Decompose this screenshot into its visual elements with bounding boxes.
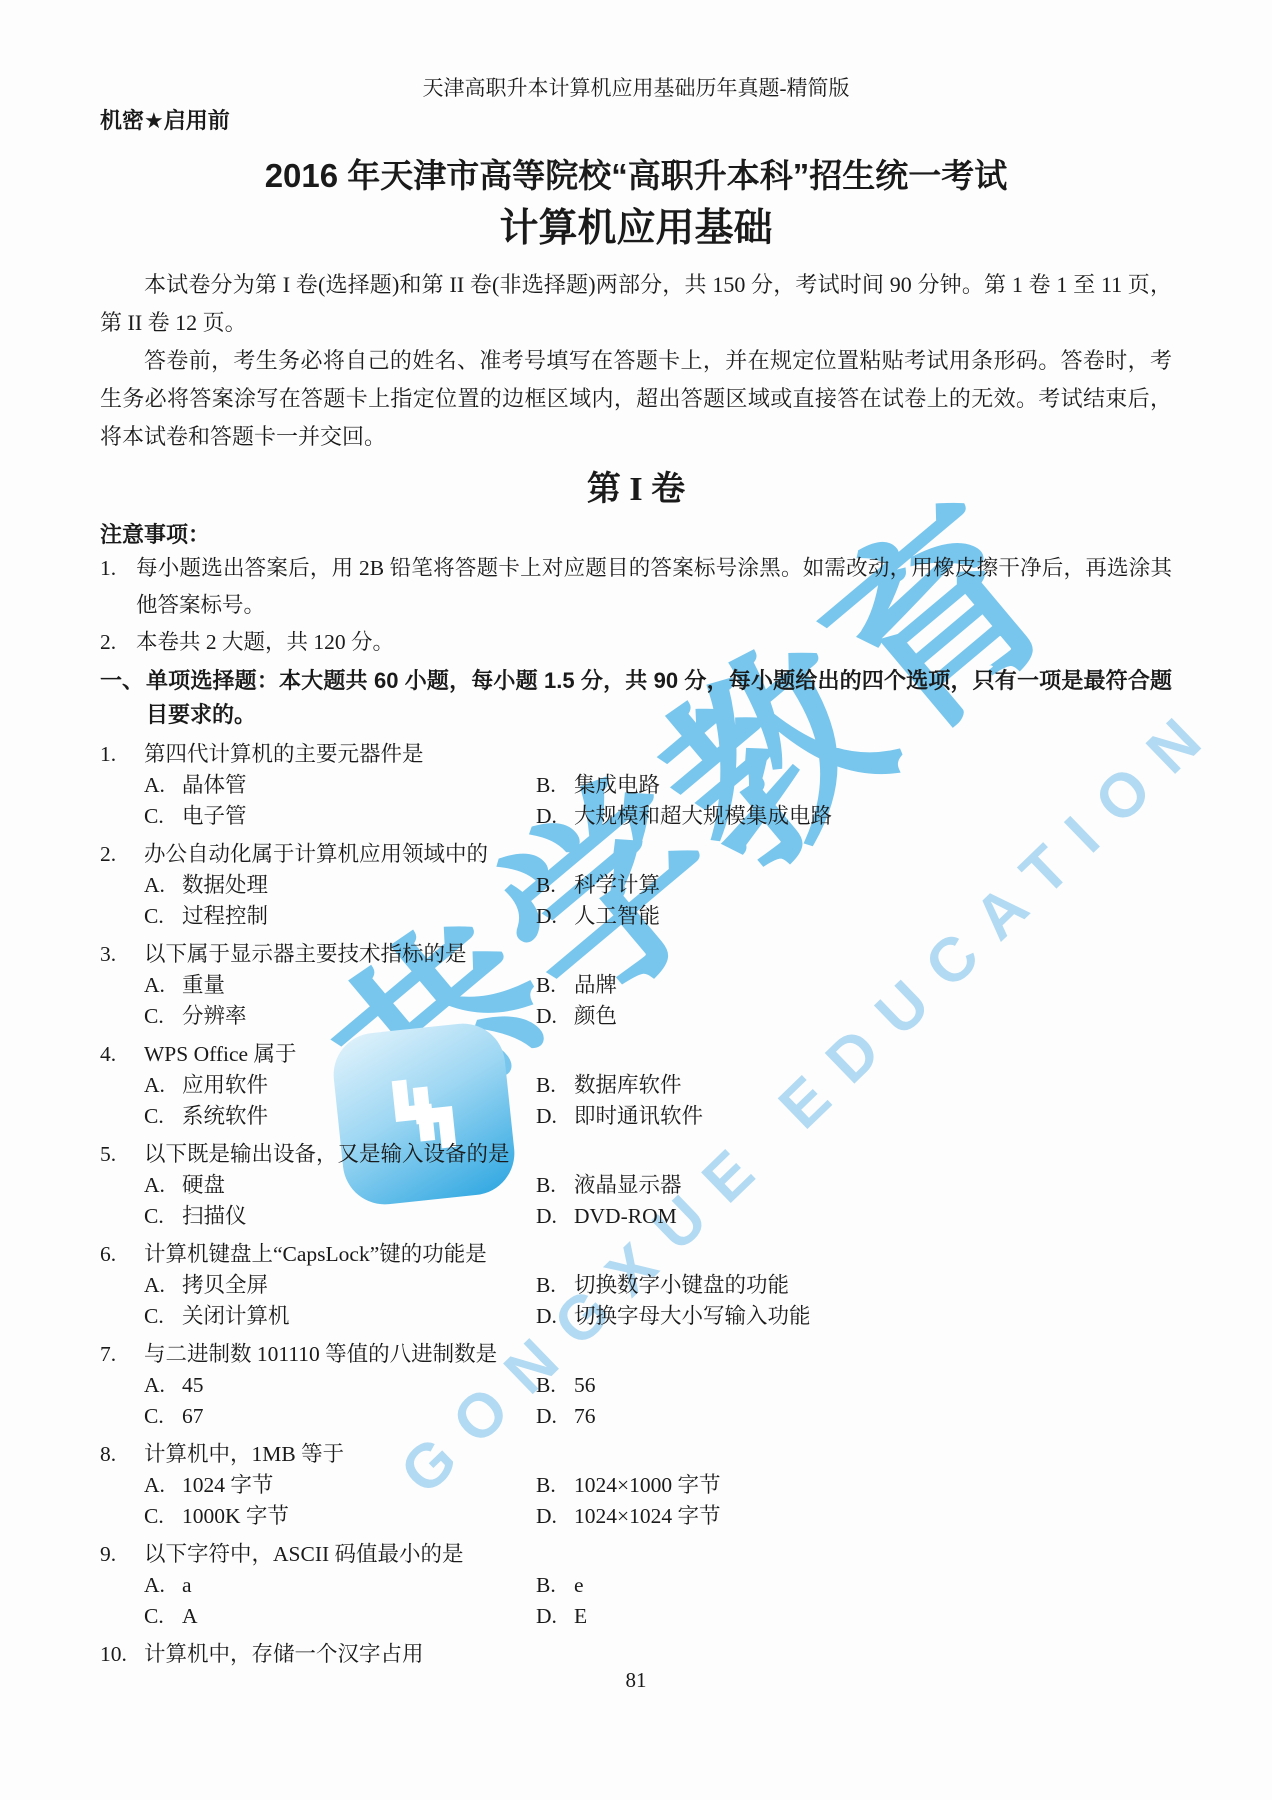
option-label: A. xyxy=(144,1570,182,1601)
option-b: B.数据库软件 xyxy=(536,1070,1172,1101)
question-text: 计算机中，存储一个汉字占用 xyxy=(144,1639,1172,1670)
option-a: A.硬盘 xyxy=(144,1170,536,1201)
question-number: 8. xyxy=(100,1439,144,1470)
page-number: 81 xyxy=(0,1668,1272,1693)
option-text: 晶体管 xyxy=(182,770,247,801)
option-text: 45 xyxy=(182,1370,204,1401)
question-text: 以下既是输出设备，又是输入设备的是 xyxy=(144,1139,1172,1170)
option-label: B. xyxy=(536,870,574,901)
question-options: A.拷贝全屏B.切换数字小键盘的功能C.关闭计算机D.切换字母大小写输入功能 xyxy=(100,1270,1172,1332)
question-text: 办公自动化属于计算机应用领域中的 xyxy=(144,839,1172,870)
question-head: 8.计算机中，1MB 等于 xyxy=(100,1439,1172,1470)
option-d: D.大规模和超大规模集成电路 xyxy=(536,801,1172,832)
exam-paper-page: { "header": { "top_title": "天津高职升本计算机应用基… xyxy=(0,0,1272,1800)
option-text: E xyxy=(574,1601,587,1632)
option-a: A.a xyxy=(144,1570,536,1601)
intro-paragraph-1: 本试卷分为第 I 卷(选择题)和第 II 卷(非选择题)两部分，共 150 分，… xyxy=(100,266,1172,342)
question-item: 4.WPS Office 属于A.应用软件B.数据库软件C.系统软件D.即时通讯… xyxy=(100,1039,1172,1132)
question-head: 1.第四代计算机的主要元器件是 xyxy=(100,739,1172,770)
option-label: D. xyxy=(536,1001,574,1032)
option-b: B.e xyxy=(536,1570,1172,1601)
document-content: 天津高职升本计算机应用基础历年真题-精简版 机密★启用前 2016 年天津市高等… xyxy=(0,0,1272,1800)
option-text: 重量 xyxy=(182,970,225,1001)
option-label: C. xyxy=(144,1101,182,1132)
question-number: 1. xyxy=(100,739,144,770)
option-b: B.56 xyxy=(536,1370,1172,1401)
option-text: 数据库软件 xyxy=(574,1070,682,1101)
notice-number: 1. xyxy=(100,550,136,624)
option-text: 1000K 字节 xyxy=(182,1501,289,1532)
question-options: A.数据处理B.科学计算C.过程控制D.人工智能 xyxy=(100,870,1172,932)
option-text: 76 xyxy=(574,1401,596,1432)
option-text: 关闭计算机 xyxy=(182,1301,290,1332)
option-c: C.电子管 xyxy=(144,801,536,832)
document-header-title: 天津高职升本计算机应用基础历年真题-精简版 xyxy=(100,76,1172,100)
part1-title: 第 I 卷 xyxy=(100,468,1172,512)
question-number: 10. xyxy=(100,1639,144,1670)
option-c: C.关闭计算机 xyxy=(144,1301,536,1332)
question-options: A.重量B.品牌C.分辨率D.颜色 xyxy=(100,970,1172,1032)
option-text: 集成电路 xyxy=(574,770,660,801)
question-head: 7.与二进制数 101110 等值的八进制数是 xyxy=(100,1339,1172,1370)
option-label: C. xyxy=(144,1501,182,1532)
intro-section: 本试卷分为第 I 卷(选择题)和第 II 卷(非选择题)两部分，共 150 分，… xyxy=(100,266,1172,456)
option-d: D.DVD-ROM xyxy=(536,1201,1172,1232)
option-text: 切换字母大小写输入功能 xyxy=(574,1301,811,1332)
option-d: D.1024×1024 字节 xyxy=(536,1501,1172,1532)
option-text: a xyxy=(182,1570,192,1601)
option-label: D. xyxy=(536,1601,574,1632)
option-text: 品牌 xyxy=(574,970,617,1001)
option-c: C.A xyxy=(144,1601,536,1632)
intro-paragraph-2: 答卷前，考生务必将自己的姓名、准考号填写在答题卡上，并在规定位置粘贴考试用条形码… xyxy=(100,342,1172,456)
notice-text: 每小题选出答案后，用 2B 铅笔将答题卡上对应题目的答案标号涂黑。如需改动，用橡… xyxy=(136,550,1172,624)
option-d: D.即时通讯软件 xyxy=(536,1101,1172,1132)
option-label: D. xyxy=(536,1201,574,1232)
question-number: 2. xyxy=(100,839,144,870)
option-text: 扫描仪 xyxy=(182,1201,247,1232)
option-label: C. xyxy=(144,1301,182,1332)
notice-item: 1. 每小题选出答案后，用 2B 铅笔将答题卡上对应题目的答案标号涂黑。如需改动… xyxy=(100,550,1172,624)
question-item: 5.以下既是输出设备，又是输入设备的是A.硬盘B.液晶显示器C.扫描仪D.DVD… xyxy=(100,1139,1172,1232)
option-label: C. xyxy=(144,1401,182,1432)
option-label: C. xyxy=(144,901,182,932)
question-head: 9.以下字符中，ASCII 码值最小的是 xyxy=(100,1539,1172,1570)
notice-number: 2. xyxy=(100,624,136,661)
section-label: 一、 xyxy=(100,664,146,732)
option-d: D.颜色 xyxy=(536,1001,1172,1032)
option-b: B.集成电路 xyxy=(536,770,1172,801)
option-c: C.1000K 字节 xyxy=(144,1501,536,1532)
exam-title: 2016 年天津市高等院校“高职升本科”招生统一考试 xyxy=(100,156,1172,196)
option-text: 应用软件 xyxy=(182,1070,268,1101)
question-options: A.aB.eC.AD.E xyxy=(100,1570,1172,1632)
question-number: 4. xyxy=(100,1039,144,1070)
option-text: 67 xyxy=(182,1401,204,1432)
option-text: 拷贝全屏 xyxy=(182,1270,268,1301)
option-a: A.晶体管 xyxy=(144,770,536,801)
option-c: C.扫描仪 xyxy=(144,1201,536,1232)
option-text: 科学计算 xyxy=(574,870,660,901)
option-label: D. xyxy=(536,901,574,932)
question-list: 1.第四代计算机的主要元器件是A.晶体管B.集成电路C.电子管D.大规模和超大规… xyxy=(100,739,1172,1670)
question-item: 10.计算机中，存储一个汉字占用 xyxy=(100,1639,1172,1670)
option-d: D.切换字母大小写输入功能 xyxy=(536,1301,1172,1332)
option-text: 液晶显示器 xyxy=(574,1170,682,1201)
option-label: C. xyxy=(144,1601,182,1632)
option-text: 1024 字节 xyxy=(182,1470,273,1501)
option-label: D. xyxy=(536,1301,574,1332)
option-a: A.拷贝全屏 xyxy=(144,1270,536,1301)
question-item: 9.以下字符中，ASCII 码值最小的是A.aB.eC.AD.E xyxy=(100,1539,1172,1632)
question-item: 7.与二进制数 101110 等值的八进制数是A.45B.56C.67D.76 xyxy=(100,1339,1172,1432)
option-label: B. xyxy=(536,1170,574,1201)
option-label: D. xyxy=(536,1401,574,1432)
question-options: A.1024 字节B.1024×1000 字节C.1000K 字节D.1024×… xyxy=(100,1470,1172,1532)
option-text: 分辨率 xyxy=(182,1001,247,1032)
question-number: 5. xyxy=(100,1139,144,1170)
question-text: 以下字符中，ASCII 码值最小的是 xyxy=(144,1539,1172,1570)
subject-title: 计算机应用基础 xyxy=(100,206,1172,252)
option-a: A.1024 字节 xyxy=(144,1470,536,1501)
question-text: 计算机中，1MB 等于 xyxy=(144,1439,1172,1470)
notice-text: 本卷共 2 大题，共 120 分。 xyxy=(136,624,1172,661)
classified-label: 机密★启用前 xyxy=(100,108,1172,134)
option-label: C. xyxy=(144,1001,182,1032)
option-c: C.分辨率 xyxy=(144,1001,536,1032)
question-number: 9. xyxy=(100,1539,144,1570)
section-heading: 一、 单项选择题：本大题共 60 小题，每小题 1.5 分，共 90 分，每小题… xyxy=(100,664,1172,732)
option-text: A xyxy=(182,1601,198,1632)
option-label: A. xyxy=(144,1170,182,1201)
option-b: B.1024×1000 字节 xyxy=(536,1470,1172,1501)
option-label: B. xyxy=(536,770,574,801)
option-d: D.人工智能 xyxy=(536,901,1172,932)
question-item: 2.办公自动化属于计算机应用领域中的A.数据处理B.科学计算C.过程控制D.人工… xyxy=(100,839,1172,932)
question-head: 3.以下属于显示器主要技术指标的是 xyxy=(100,939,1172,970)
option-label: B. xyxy=(536,970,574,1001)
question-item: 6.计算机键盘上“CapsLock”键的功能是A.拷贝全屏B.切换数字小键盘的功… xyxy=(100,1239,1172,1332)
option-text: 系统软件 xyxy=(182,1101,268,1132)
option-label: D. xyxy=(536,801,574,832)
question-text: 计算机键盘上“CapsLock”键的功能是 xyxy=(144,1239,1172,1270)
option-a: A.数据处理 xyxy=(144,870,536,901)
option-text: 56 xyxy=(574,1370,596,1401)
question-item: 1.第四代计算机的主要元器件是A.晶体管B.集成电路C.电子管D.大规模和超大规… xyxy=(100,739,1172,832)
question-options: A.应用软件B.数据库软件C.系统软件D.即时通讯软件 xyxy=(100,1070,1172,1132)
option-label: B. xyxy=(536,1270,574,1301)
option-a: A.应用软件 xyxy=(144,1070,536,1101)
option-text: 数据处理 xyxy=(182,870,268,901)
option-c: C.系统软件 xyxy=(144,1101,536,1132)
option-c: C.67 xyxy=(144,1401,536,1432)
option-text: 1024×1024 字节 xyxy=(574,1501,721,1532)
question-head: 5.以下既是输出设备，又是输入设备的是 xyxy=(100,1139,1172,1170)
option-c: C.过程控制 xyxy=(144,901,536,932)
option-d: D.76 xyxy=(536,1401,1172,1432)
question-options: A.45B.56C.67D.76 xyxy=(100,1370,1172,1432)
option-label: C. xyxy=(144,801,182,832)
question-number: 7. xyxy=(100,1339,144,1370)
option-label: B. xyxy=(536,1570,574,1601)
option-text: 大规模和超大规模集成电路 xyxy=(574,801,832,832)
option-label: A. xyxy=(144,1370,182,1401)
option-label: D. xyxy=(536,1101,574,1132)
option-label: D. xyxy=(536,1501,574,1532)
question-text: WPS Office 属于 xyxy=(144,1039,1172,1070)
notice-title: 注意事项： xyxy=(100,520,1172,550)
question-head: 2.办公自动化属于计算机应用领域中的 xyxy=(100,839,1172,870)
option-a: A.45 xyxy=(144,1370,536,1401)
option-b: B.科学计算 xyxy=(536,870,1172,901)
option-b: B.品牌 xyxy=(536,970,1172,1001)
option-label: A. xyxy=(144,1470,182,1501)
question-text: 以下属于显示器主要技术指标的是 xyxy=(144,939,1172,970)
option-text: e xyxy=(574,1570,584,1601)
option-a: A.重量 xyxy=(144,970,536,1001)
option-label: A. xyxy=(144,1070,182,1101)
option-text: 人工智能 xyxy=(574,901,660,932)
question-number: 6. xyxy=(100,1239,144,1270)
option-text: 即时通讯软件 xyxy=(574,1101,703,1132)
option-label: A. xyxy=(144,1270,182,1301)
option-label: B. xyxy=(536,1470,574,1501)
question-options: A.硬盘B.液晶显示器C.扫描仪D.DVD-ROM xyxy=(100,1170,1172,1232)
option-label: A. xyxy=(144,770,182,801)
option-text: 切换数字小键盘的功能 xyxy=(574,1270,789,1301)
option-label: B. xyxy=(536,1070,574,1101)
question-text: 第四代计算机的主要元器件是 xyxy=(144,739,1172,770)
question-options: A.晶体管B.集成电路C.电子管D.大规模和超大规模集成电路 xyxy=(100,770,1172,832)
section-text: 单项选择题：本大题共 60 小题，每小题 1.5 分，共 90 分，每小题给出的… xyxy=(146,664,1172,732)
option-label: A. xyxy=(144,870,182,901)
option-b: B.液晶显示器 xyxy=(536,1170,1172,1201)
option-text: 颜色 xyxy=(574,1001,617,1032)
option-text: 硬盘 xyxy=(182,1170,225,1201)
option-b: B.切换数字小键盘的功能 xyxy=(536,1270,1172,1301)
question-item: 3.以下属于显示器主要技术指标的是A.重量B.品牌C.分辨率D.颜色 xyxy=(100,939,1172,1032)
option-label: C. xyxy=(144,1201,182,1232)
question-head: 4.WPS Office 属于 xyxy=(100,1039,1172,1070)
question-head: 10.计算机中，存储一个汉字占用 xyxy=(100,1639,1172,1670)
notice-item: 2. 本卷共 2 大题，共 120 分。 xyxy=(100,624,1172,661)
option-text: 1024×1000 字节 xyxy=(574,1470,721,1501)
question-text: 与二进制数 101110 等值的八进制数是 xyxy=(144,1339,1172,1370)
option-label: A. xyxy=(144,970,182,1001)
option-text: 过程控制 xyxy=(182,901,268,932)
option-text: 电子管 xyxy=(182,801,247,832)
question-head: 6.计算机键盘上“CapsLock”键的功能是 xyxy=(100,1239,1172,1270)
option-d: D.E xyxy=(536,1601,1172,1632)
question-item: 8.计算机中，1MB 等于A.1024 字节B.1024×1000 字节C.10… xyxy=(100,1439,1172,1532)
option-text: DVD-ROM xyxy=(574,1201,677,1232)
option-label: B. xyxy=(536,1370,574,1401)
question-number: 3. xyxy=(100,939,144,970)
